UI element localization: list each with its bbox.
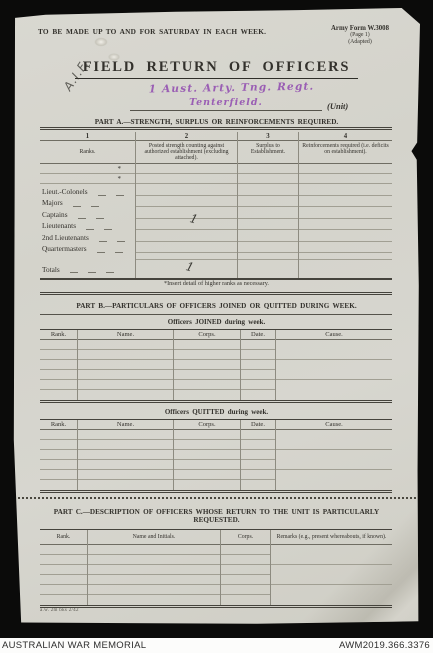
empty-cell bbox=[88, 555, 220, 565]
empty-cell bbox=[299, 174, 392, 184]
empty-cell bbox=[174, 390, 240, 400]
empty-cell bbox=[40, 545, 87, 555]
empty-cell bbox=[299, 253, 392, 260]
rank-row: 2nd Lieutenants bbox=[40, 230, 135, 242]
empty-cell bbox=[78, 350, 173, 360]
empty-cell bbox=[78, 450, 173, 460]
empty-cell bbox=[40, 430, 77, 440]
empty-cell bbox=[299, 242, 392, 254]
empty-cell bbox=[238, 242, 298, 254]
empty-cell bbox=[78, 440, 173, 450]
empty-cell bbox=[241, 390, 275, 400]
dash-leader bbox=[99, 235, 107, 242]
totals-row: Totals bbox=[40, 260, 135, 278]
col-header: Surplus to Establishment. bbox=[238, 141, 298, 164]
part-a-title: PART A.—STRENGTH, SURPLUS OR REINFORCEME… bbox=[13, 118, 420, 126]
empty-cell bbox=[299, 219, 392, 231]
dash-leader bbox=[86, 223, 94, 230]
empty-cell bbox=[174, 370, 240, 380]
empty-cell bbox=[78, 370, 173, 380]
empty-cell bbox=[40, 575, 87, 585]
empty-cell bbox=[174, 480, 240, 490]
archive-footer: AUSTRALIAN WAR MEMORIAL AWM2019.366.3376 bbox=[0, 638, 433, 653]
empty-cell bbox=[271, 545, 392, 565]
empty-cell bbox=[136, 230, 237, 242]
spacer bbox=[40, 253, 135, 260]
part-a-col-reinforcements: 4 Reinforcements required (i.e. deficits… bbox=[298, 132, 392, 278]
empty-cell bbox=[276, 360, 392, 380]
printer-imprint: a.w. 2m bks 2/42 bbox=[40, 608, 79, 613]
dash-leader bbox=[88, 266, 96, 273]
empty-cell bbox=[136, 242, 237, 254]
part-a-table: 1 Ranks. * * Lieut.-Colonels Majors Capt… bbox=[40, 132, 392, 280]
dash-leader bbox=[115, 246, 123, 253]
rank-row: Quartermasters bbox=[40, 242, 135, 254]
form-title-text: FIELD RETURN OF OFFICERS bbox=[75, 59, 359, 79]
col-number: 1 bbox=[40, 132, 135, 141]
empty-cell bbox=[241, 340, 275, 350]
empty-cell bbox=[271, 585, 392, 605]
empty-cell bbox=[78, 390, 173, 400]
form-paper: TO BE MADE UP TO AND FOR SATURDAY IN EAC… bbox=[13, 8, 420, 625]
empty-cell bbox=[40, 380, 77, 390]
empty-cell bbox=[238, 174, 298, 184]
empty-cell bbox=[136, 196, 237, 208]
empty-cell bbox=[299, 207, 392, 219]
empty-cell bbox=[78, 340, 173, 350]
part-a-footnote: *Insert detail of higher ranks as necess… bbox=[13, 280, 420, 287]
empty-cell bbox=[174, 460, 240, 470]
officers-joined-heading: Officers JOINED during week. bbox=[13, 318, 420, 326]
form-title: FIELD RETURN OF OFFICERS bbox=[13, 58, 420, 79]
empty-cell bbox=[174, 380, 240, 390]
empty-cell bbox=[238, 196, 298, 208]
col-header: Ranks. bbox=[40, 141, 135, 164]
asterisk-row-marker: * bbox=[40, 174, 135, 184]
empty-cell bbox=[136, 164, 237, 174]
col-corps: Corps. bbox=[220, 530, 270, 605]
empty-cell bbox=[276, 470, 392, 490]
empty-cell bbox=[88, 595, 220, 605]
empty-cell bbox=[241, 370, 275, 380]
empty-cell bbox=[299, 230, 392, 242]
asterisk-row-marker: * bbox=[40, 164, 135, 174]
dash-leader bbox=[98, 189, 106, 196]
empty-cell bbox=[241, 480, 275, 490]
rank-row: Majors bbox=[40, 196, 135, 208]
officers-quitted-heading: Officers QUITTED during week. bbox=[13, 408, 420, 416]
empty-cell bbox=[221, 595, 270, 605]
rank-row: Lieut.-Colonels bbox=[40, 184, 135, 196]
empty-cell bbox=[221, 585, 270, 595]
document-scan: TO BE MADE UP TO AND FOR SATURDAY IN EAC… bbox=[0, 0, 433, 653]
empty-cell bbox=[78, 360, 173, 370]
empty-cell bbox=[174, 470, 240, 480]
col-rank: Rank. bbox=[40, 330, 77, 400]
dash-leader bbox=[104, 223, 112, 230]
empty-cell bbox=[221, 545, 270, 555]
col-name-initials: Name and Initials. bbox=[87, 530, 220, 605]
dash-leader bbox=[106, 266, 114, 273]
empty-cell bbox=[241, 360, 275, 370]
empty-cell bbox=[88, 575, 220, 585]
empty-cell bbox=[174, 450, 240, 460]
col-corps: Corps. bbox=[173, 420, 240, 490]
col-name: Name. bbox=[77, 420, 173, 490]
form-number: Army Form W.3008 bbox=[310, 25, 410, 32]
top-instruction: TO BE MADE UP TO AND FOR SATURDAY IN EAC… bbox=[38, 27, 266, 36]
part-b-title: PART B.—PARTICULARS OF OFFICERS JOINED O… bbox=[13, 302, 420, 310]
col-name: Name. bbox=[77, 330, 173, 400]
perforation-dotted-line bbox=[13, 497, 420, 499]
empty-cell bbox=[40, 350, 77, 360]
dash-leader bbox=[97, 246, 105, 253]
empty-cell bbox=[241, 350, 275, 360]
empty-cell bbox=[238, 184, 298, 196]
rule-double bbox=[40, 127, 392, 130]
empty-cell bbox=[241, 470, 275, 480]
part-c-table: Rank. Name and Initials. Corps. Remarks … bbox=[40, 529, 392, 608]
officers-joined-table: Rank. Name. Corps. Date. Cause. bbox=[40, 329, 392, 403]
empty-cell bbox=[40, 360, 77, 370]
empty-cell bbox=[174, 350, 240, 360]
empty-cell bbox=[40, 555, 87, 565]
dash-leader bbox=[96, 212, 104, 219]
empty-cell bbox=[78, 380, 173, 390]
empty-cell bbox=[40, 565, 87, 575]
officers-quitted-table: Rank. Name. Corps. Date. Cause. bbox=[40, 419, 392, 493]
empty-cell bbox=[238, 253, 298, 260]
empty-cell bbox=[88, 545, 220, 555]
unit-rule-line bbox=[130, 110, 322, 111]
form-identifier: Army Form W.3008 (Page 1) (Adapted) bbox=[310, 25, 410, 45]
form-adapted: (Adapted) bbox=[310, 39, 410, 46]
col-rank: Rank. bbox=[40, 420, 77, 490]
unit-stamp-line2: Tenterfield. bbox=[130, 97, 322, 108]
empty-cell bbox=[136, 219, 237, 231]
empty-cell bbox=[136, 174, 237, 184]
empty-cell bbox=[136, 184, 237, 196]
unit-label: (Unit) bbox=[327, 101, 348, 111]
empty-cell bbox=[241, 380, 275, 390]
empty-cell bbox=[40, 595, 87, 605]
col-remarks: Remarks (e.g., present whereabouts, if k… bbox=[270, 530, 392, 605]
empty-cell bbox=[174, 430, 240, 440]
col-date: Date. bbox=[240, 420, 275, 490]
empty-cell bbox=[299, 164, 392, 174]
empty-cell bbox=[241, 430, 275, 440]
empty-cell bbox=[241, 450, 275, 460]
empty-cell bbox=[238, 207, 298, 219]
rank-row: Captains bbox=[40, 207, 135, 219]
empty-cell bbox=[88, 585, 220, 595]
empty-cell bbox=[88, 565, 220, 575]
empty-cell bbox=[174, 360, 240, 370]
dash-leader bbox=[117, 235, 125, 242]
dash-leader bbox=[73, 200, 81, 207]
col-header: Posted strength counting against authori… bbox=[136, 141, 237, 164]
empty-cell bbox=[271, 565, 392, 585]
empty-cell bbox=[276, 380, 392, 400]
empty-cell bbox=[136, 253, 237, 260]
empty-cell bbox=[78, 460, 173, 470]
archive-accession-number: AWM2019.366.3376 bbox=[339, 640, 430, 651]
empty-cell bbox=[221, 575, 270, 585]
empty-cell bbox=[241, 440, 275, 450]
empty-cell bbox=[136, 207, 237, 219]
part-a-col-posted: 2 Posted strength counting against autho… bbox=[135, 132, 237, 278]
archive-name: AUSTRALIAN WAR MEMORIAL bbox=[2, 640, 146, 651]
empty-cell bbox=[78, 430, 173, 440]
empty-cell bbox=[78, 470, 173, 480]
empty-cell bbox=[40, 470, 77, 480]
dash-leader bbox=[91, 200, 99, 207]
empty-cell bbox=[40, 340, 77, 350]
empty-cell bbox=[299, 184, 392, 196]
empty-cell bbox=[276, 430, 392, 450]
col-date: Date. bbox=[240, 330, 275, 400]
unit-stamp-line1: 1 Aust. Arty. Tng. Regt. bbox=[43, 79, 420, 98]
empty-cell bbox=[238, 219, 298, 231]
dash-leader bbox=[78, 212, 86, 219]
empty-cell bbox=[241, 460, 275, 470]
empty-cell bbox=[40, 585, 87, 595]
empty-cell bbox=[299, 196, 392, 208]
dash-leader bbox=[70, 266, 78, 273]
col-header: Reinforcements required (i.e. deficits o… bbox=[299, 141, 392, 164]
empty-cell bbox=[238, 164, 298, 174]
col-corps: Corps. bbox=[173, 330, 240, 400]
part-a-col-surplus: 3 Surplus to Establishment. bbox=[237, 132, 298, 278]
empty-cell bbox=[174, 440, 240, 450]
empty-cell bbox=[299, 260, 392, 278]
dash-leader bbox=[116, 189, 124, 196]
empty-cell bbox=[40, 480, 77, 490]
empty-cell bbox=[40, 450, 77, 460]
rule-double bbox=[40, 292, 392, 295]
col-cause: Cause. bbox=[275, 420, 392, 490]
part-a-col-ranks: 1 Ranks. * * Lieut.-Colonels Majors Capt… bbox=[40, 132, 135, 278]
empty-cell bbox=[40, 390, 77, 400]
empty-cell bbox=[40, 440, 77, 450]
empty-cell bbox=[40, 460, 77, 470]
col-rank: Rank. bbox=[40, 530, 87, 605]
part-c-title: PART C.—DESCRIPTION OF OFFICERS WHOSE RE… bbox=[51, 508, 382, 524]
empty-cell bbox=[221, 555, 270, 565]
empty-cell bbox=[40, 370, 77, 380]
empty-cell bbox=[174, 340, 240, 350]
empty-cell bbox=[221, 565, 270, 575]
rank-row: Lieutenants bbox=[40, 219, 135, 231]
empty-cell bbox=[276, 450, 392, 470]
empty-cell bbox=[276, 340, 392, 360]
empty-cell bbox=[238, 260, 298, 278]
empty-cell bbox=[238, 230, 298, 242]
empty-cell bbox=[78, 480, 173, 490]
col-cause: Cause. bbox=[275, 330, 392, 400]
rule-thin bbox=[40, 314, 392, 315]
